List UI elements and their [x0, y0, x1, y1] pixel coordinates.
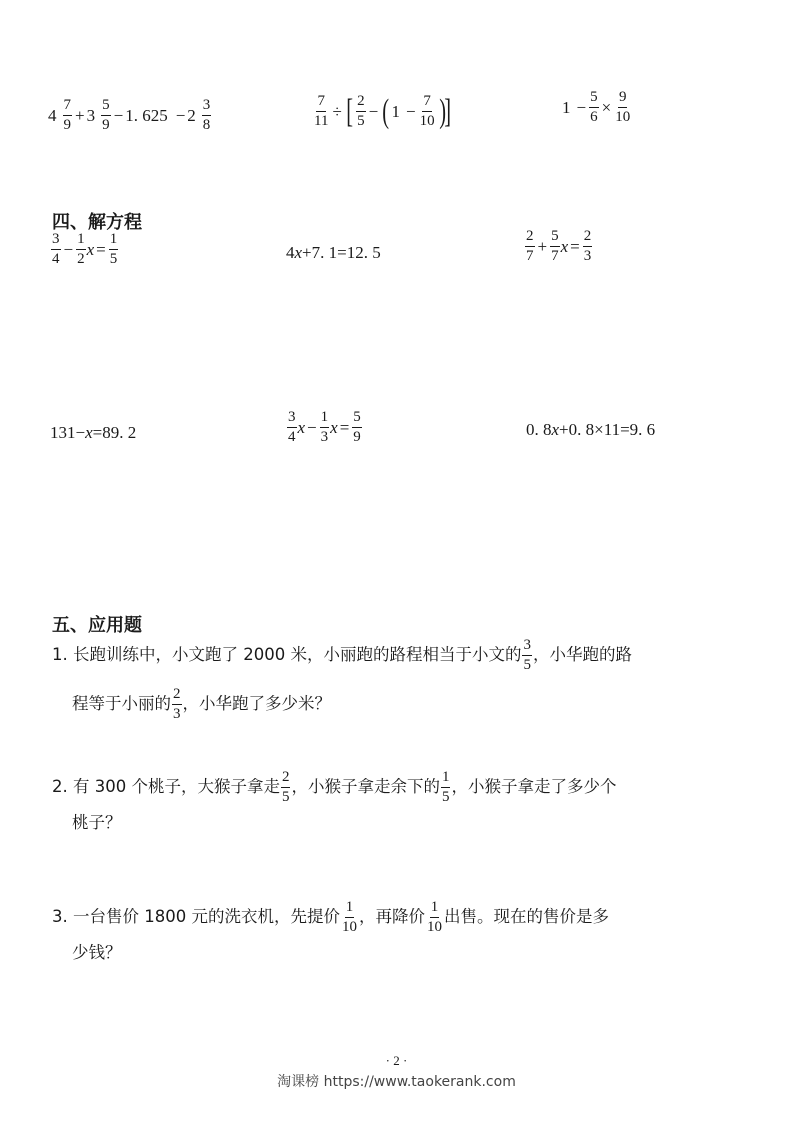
problem-line: 3. 一台售价 1800 元的洗衣机，先提价 110 ，再降价 110 出售。现…	[52, 894, 609, 940]
problem-text: 1. 长跑训练中，小文跑了 2000 米，小丽跑的路程相当于小文的	[52, 647, 521, 664]
numerator: 5	[589, 90, 599, 108]
variable-x: x	[85, 423, 93, 443]
fraction: 25	[356, 94, 366, 129]
fraction: 56	[589, 90, 599, 125]
numerator: 2	[583, 229, 593, 247]
fraction: 35	[522, 638, 532, 673]
variable-x: x	[330, 418, 338, 438]
fraction: 110	[341, 900, 358, 935]
left-bracket: [	[346, 95, 353, 129]
numerator: 5	[352, 410, 362, 428]
numerator: 3	[51, 232, 61, 250]
numerator: 2	[356, 94, 366, 112]
problem-text: 2. 有 300 个桃子，大猴子拿走	[52, 779, 280, 796]
variable-x: x	[87, 240, 95, 260]
problem-text: ，小华跑了多少米？	[183, 696, 332, 713]
operator: +	[75, 106, 85, 126]
denominator: 5	[109, 250, 119, 267]
fraction: 27	[525, 229, 535, 264]
fraction: 79	[63, 98, 73, 133]
fraction: 710	[419, 94, 436, 129]
fraction: 25	[281, 770, 291, 805]
whole-number: 2	[187, 106, 196, 126]
numerator: 1	[76, 232, 86, 250]
problem-line: 少钱？	[52, 940, 609, 966]
equation-rest: =89. 2	[93, 423, 137, 443]
equation-5: 34 x − 13 x = 59	[286, 410, 363, 445]
numerator: 3	[202, 98, 212, 116]
fraction: 38	[202, 98, 212, 133]
equation-6: 0. 8x+0. 8×11=9. 6	[526, 420, 655, 440]
fraction: 34	[287, 410, 297, 445]
denominator: 3	[172, 705, 182, 722]
numerator: 1	[430, 900, 440, 918]
watermark-link[interactable]: 淘课榜 https://www.taokerank.com	[0, 1071, 793, 1091]
fraction: 23	[583, 229, 593, 264]
problem-text: 少钱？	[72, 945, 122, 962]
denominator: 7	[525, 247, 535, 264]
denominator: 6	[589, 108, 599, 125]
denominator: 10	[426, 918, 443, 935]
numerator: 7	[422, 94, 432, 112]
fraction: 12	[76, 232, 86, 267]
operator: −	[406, 102, 416, 122]
equation-left: 131−	[50, 423, 85, 443]
denominator: 10	[341, 918, 358, 935]
problem-line: 1. 长跑训练中，小文跑了 2000 米，小丽跑的路程相当于小文的 35 ，小华…	[52, 632, 632, 678]
fraction: 110	[426, 900, 443, 935]
denominator: 9	[63, 116, 73, 133]
equals: =	[96, 240, 106, 260]
fraction: 910	[614, 90, 631, 125]
problem-text: 出售。现在的售价是多	[444, 909, 609, 926]
word-problem-1: 1. 长跑训练中，小文跑了 2000 米，小丽跑的路程相当于小文的 35 ，小华…	[52, 632, 632, 730]
operator: +	[538, 237, 548, 257]
variable-x: x	[561, 237, 569, 257]
denominator: 3	[320, 428, 330, 445]
operator: −	[114, 106, 124, 126]
number: 1	[392, 102, 401, 122]
denominator: 5	[441, 788, 451, 805]
denominator: 8	[202, 116, 212, 133]
equation-rest: +7. 1=12. 5	[302, 243, 381, 263]
denominator: 5	[522, 656, 532, 673]
numerator: 1	[320, 410, 330, 428]
whole-number: 4	[48, 106, 57, 126]
problem-text: ，再降价	[359, 909, 425, 926]
coefficient: 0. 8	[526, 420, 552, 440]
fraction: 15	[109, 232, 119, 267]
denominator: 9	[101, 116, 111, 133]
numerator: 3	[287, 410, 297, 428]
operator: −	[369, 102, 379, 122]
problem-text: 桃子？	[72, 815, 122, 832]
denominator: 11	[313, 112, 329, 129]
problem-text: ，小猴子拿走余下的	[291, 779, 440, 796]
fraction: 23	[172, 687, 182, 722]
numerator: 9	[618, 90, 628, 108]
fraction: 15	[441, 770, 451, 805]
numerator: 5	[550, 229, 560, 247]
numerator: 5	[101, 98, 111, 116]
operator: −	[577, 98, 587, 118]
calc-expression-2: 711 ÷ [ 25 − ( 1 − 710 ) ]	[312, 94, 453, 129]
fraction: 57	[550, 229, 560, 264]
equation-rest: +0. 8×11=9. 6	[559, 420, 655, 440]
number: 1	[562, 98, 571, 118]
fraction: 59	[101, 98, 111, 133]
equals: =	[340, 418, 350, 438]
right-bracket: ]	[444, 95, 451, 129]
equation-4: 131−x=89. 2	[50, 423, 136, 443]
problem-text: 程等于小丽的	[72, 696, 171, 713]
coefficient: 4	[286, 243, 295, 263]
fraction: 711	[313, 94, 329, 129]
equals: =	[570, 237, 580, 257]
denominator: 4	[287, 428, 297, 445]
numerator: 1	[441, 770, 451, 788]
denominator: 2	[76, 250, 86, 267]
problem-text: ，小猴子拿走了多少个	[451, 779, 616, 796]
calc-expression-3: 1 − 56 × 910	[562, 90, 632, 125]
whole-number: 3	[87, 106, 96, 126]
numerator: 7	[63, 98, 73, 116]
left-paren: (	[382, 95, 389, 129]
variable-x: x	[298, 418, 306, 438]
fraction: 13	[320, 410, 330, 445]
denominator: 5	[356, 112, 366, 129]
problem-line: 程等于小丽的 23 ，小华跑了多少米？	[52, 678, 632, 730]
denominator: 3	[583, 247, 593, 264]
denominator: 10	[614, 108, 631, 125]
numerator: 1	[109, 232, 119, 250]
numerator: 1	[345, 900, 355, 918]
word-problem-3: 3. 一台售价 1800 元的洗衣机，先提价 110 ，再降价 110 出售。现…	[52, 894, 609, 966]
problem-text: 3. 一台售价 1800 元的洗衣机，先提价	[52, 909, 340, 926]
fraction: 34	[51, 232, 61, 267]
operator: ÷	[332, 102, 341, 122]
numerator: 2	[525, 229, 535, 247]
denominator: 10	[419, 112, 436, 129]
numerator: 2	[281, 770, 291, 788]
operator: −	[176, 106, 186, 126]
denominator: 9	[352, 428, 362, 445]
fraction: 59	[352, 410, 362, 445]
equation-1: 34 − 12 x = 15	[50, 232, 119, 267]
equation-3: 27 + 57 x = 23	[524, 229, 593, 264]
numerator: 2	[172, 687, 182, 705]
numerator: 7	[316, 94, 326, 112]
problem-text: ，小华跑的路	[533, 647, 632, 664]
word-problem-2: 2. 有 300 个桃子，大猴子拿走 25 ，小猴子拿走余下的 15 ，小猴子拿…	[52, 764, 616, 836]
problem-line: 2. 有 300 个桃子，大猴子拿走 25 ，小猴子拿走余下的 15 ，小猴子拿…	[52, 764, 616, 810]
section-title-equations: 四、解方程	[52, 208, 142, 234]
denominator: 7	[550, 247, 560, 264]
page-number: · 2 ·	[0, 1053, 793, 1069]
denominator: 5	[281, 788, 291, 805]
decimal-number: 1. 625	[125, 106, 168, 126]
variable-x: x	[295, 243, 303, 263]
operator: −	[307, 418, 317, 438]
variable-x: x	[552, 420, 560, 440]
calc-expression-1: 4 79 + 3 59 − 1. 625 − 2 38	[48, 98, 212, 133]
equation-2: 4x+7. 1=12. 5	[286, 243, 381, 263]
denominator: 4	[51, 250, 61, 267]
operator: ×	[602, 98, 612, 118]
numerator: 3	[522, 638, 532, 656]
operator: −	[64, 240, 74, 260]
problem-line: 桃子？	[52, 810, 616, 836]
